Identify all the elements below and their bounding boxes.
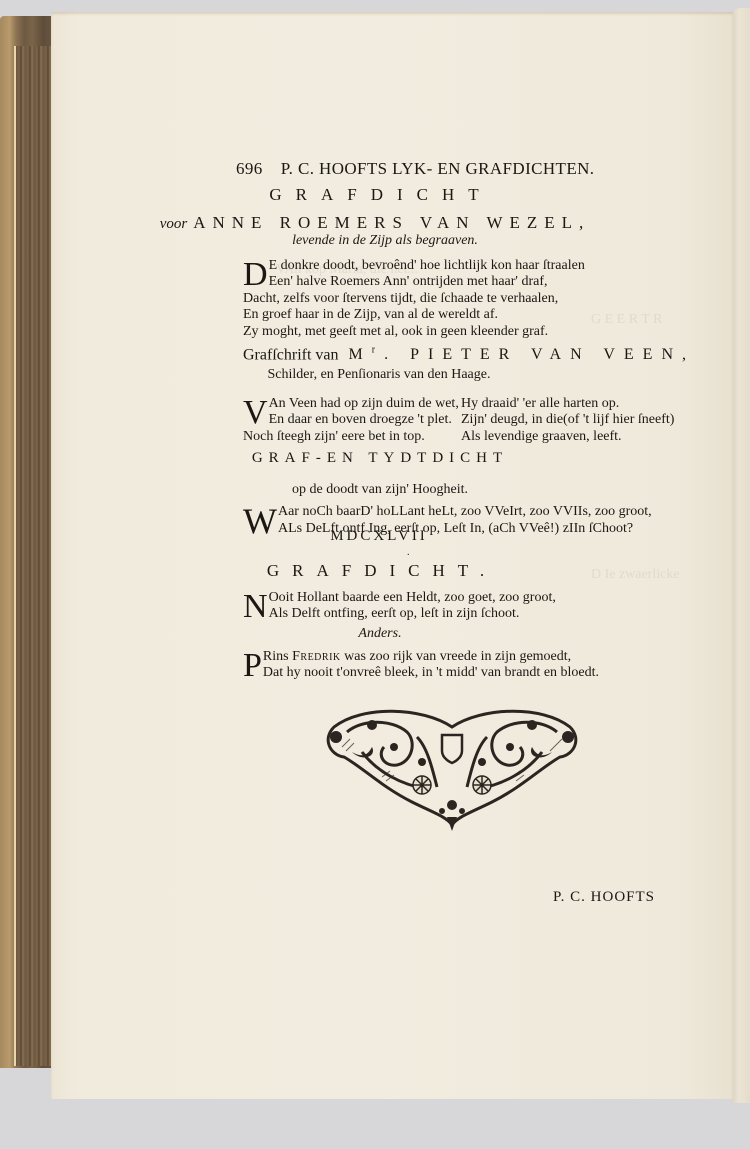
poem1-body: D E donkre doodt, bevroênd' hoe lichtlij… — [243, 258, 559, 340]
verse-line: Als levendige graaven, leeft. — [461, 429, 674, 445]
show-through-text: G E E R T R — [591, 312, 662, 328]
poem2-heading-prefix: Grafſchrift van — [243, 346, 339, 363]
verse-line: Als Delft ontfing, eerſt op, leſt in zij… — [243, 606, 530, 622]
page-number: 696 — [236, 159, 263, 178]
poem1-subtitle: levende in de Zijp als begraaven. — [0, 233, 750, 249]
verse-line: Dacht, zelfs voor ſtervens tijdt, die ſc… — [243, 291, 559, 307]
separator-dot: . — [407, 547, 410, 558]
catchword: P. C. HOOFTS — [553, 889, 655, 906]
poem5-dropcap: P — [243, 651, 262, 680]
poem1-dedication-name: ANNE ROEMERS VAN WEZEL, — [193, 213, 590, 232]
poem1-dedication: voorANNE ROEMERS VAN WEZEL, — [0, 213, 750, 233]
poem1-dropcap: D — [243, 260, 268, 289]
poem3-subtitle: op de doodt van zijn' Hoogheit. — [0, 482, 750, 498]
verse-line: Een' halve Roemers Ann' ontrijden met ha… — [243, 274, 559, 290]
verse-line: Dat hy nooit t'onvreê bleek, in 't midd'… — [243, 665, 579, 681]
poem2-left-column: V An Veen had op zijn duim de wet, En da… — [243, 396, 433, 445]
running-head: 696P. C. HOOFTS LYK- EN GRAFDICHTEN. — [236, 159, 594, 179]
verse-line: Ooit Hollant baarde een Heldt, zoo goet,… — [243, 590, 530, 606]
verse-line: E donkre doodt, bevroênd' hoe lichtlijk … — [243, 258, 559, 274]
verse-line: Hy draaid' 'er alle harten op. — [461, 396, 674, 412]
poem2-heading-name: Mr. PIETER VAN VEEN, — [349, 346, 695, 363]
verse-line: An Veen had op zijn duim de wet, — [243, 396, 433, 412]
running-head-title: P. C. HOOFTS LYK- EN GRAFDICHTEN. — [281, 159, 595, 178]
poem5-heading: Anders. — [0, 626, 750, 642]
poem1-dedication-prefix: voor — [160, 216, 188, 232]
verse-line: Zijn' deugd, in die(of 't lijf hier ſnee… — [461, 412, 674, 428]
poem4-body: N Ooit Hollant baarde een Heldt, zoo goe… — [243, 590, 530, 623]
floral-tailpiece-ornament-icon — [322, 707, 582, 832]
verse-line: Noch ſteegh zijn' eere bet in top. — [243, 429, 433, 445]
poem2-right-column: Hy draaid' 'er alle harten op. Zijn' deu… — [461, 396, 674, 445]
poem3-title: GRAF-EN TYDTDICHT — [0, 450, 750, 467]
poem4-dropcap: N — [243, 592, 268, 621]
poem1-title: GRAFDICHT — [0, 185, 750, 205]
verse-line: Zy moght, met geeſt met al, ook in geen … — [243, 324, 559, 340]
poem4-title: GRAFDICHT. — [0, 561, 750, 581]
verse-line: Rins Fredrik was zoo rijk van vreede in … — [243, 649, 579, 665]
poem2-dropcap: V — [243, 398, 268, 427]
verse-line: En groef haar in de Zijp, van al de were… — [243, 307, 559, 323]
verse-line: En daar en boven droegze 't plet. — [243, 412, 433, 428]
next-page-edge — [732, 8, 750, 1103]
verse-line: Aar noCh baarD' hoLLant heLt, zoo VVeIrt… — [243, 503, 617, 520]
chronogram-year: MDCXLVII — [0, 528, 750, 545]
poem2-subtitle: Schilder, en Penſionaris van den Haage. — [0, 367, 750, 383]
poem5-body: P Rins Fredrik was zoo rijk van vreede i… — [243, 649, 579, 682]
book-photo-scene: VAn kop Maria, die het... G E E R T R D … — [0, 0, 750, 1149]
poem2-heading: Grafſchrift van Mr. PIETER VAN VEEN, — [243, 345, 695, 364]
